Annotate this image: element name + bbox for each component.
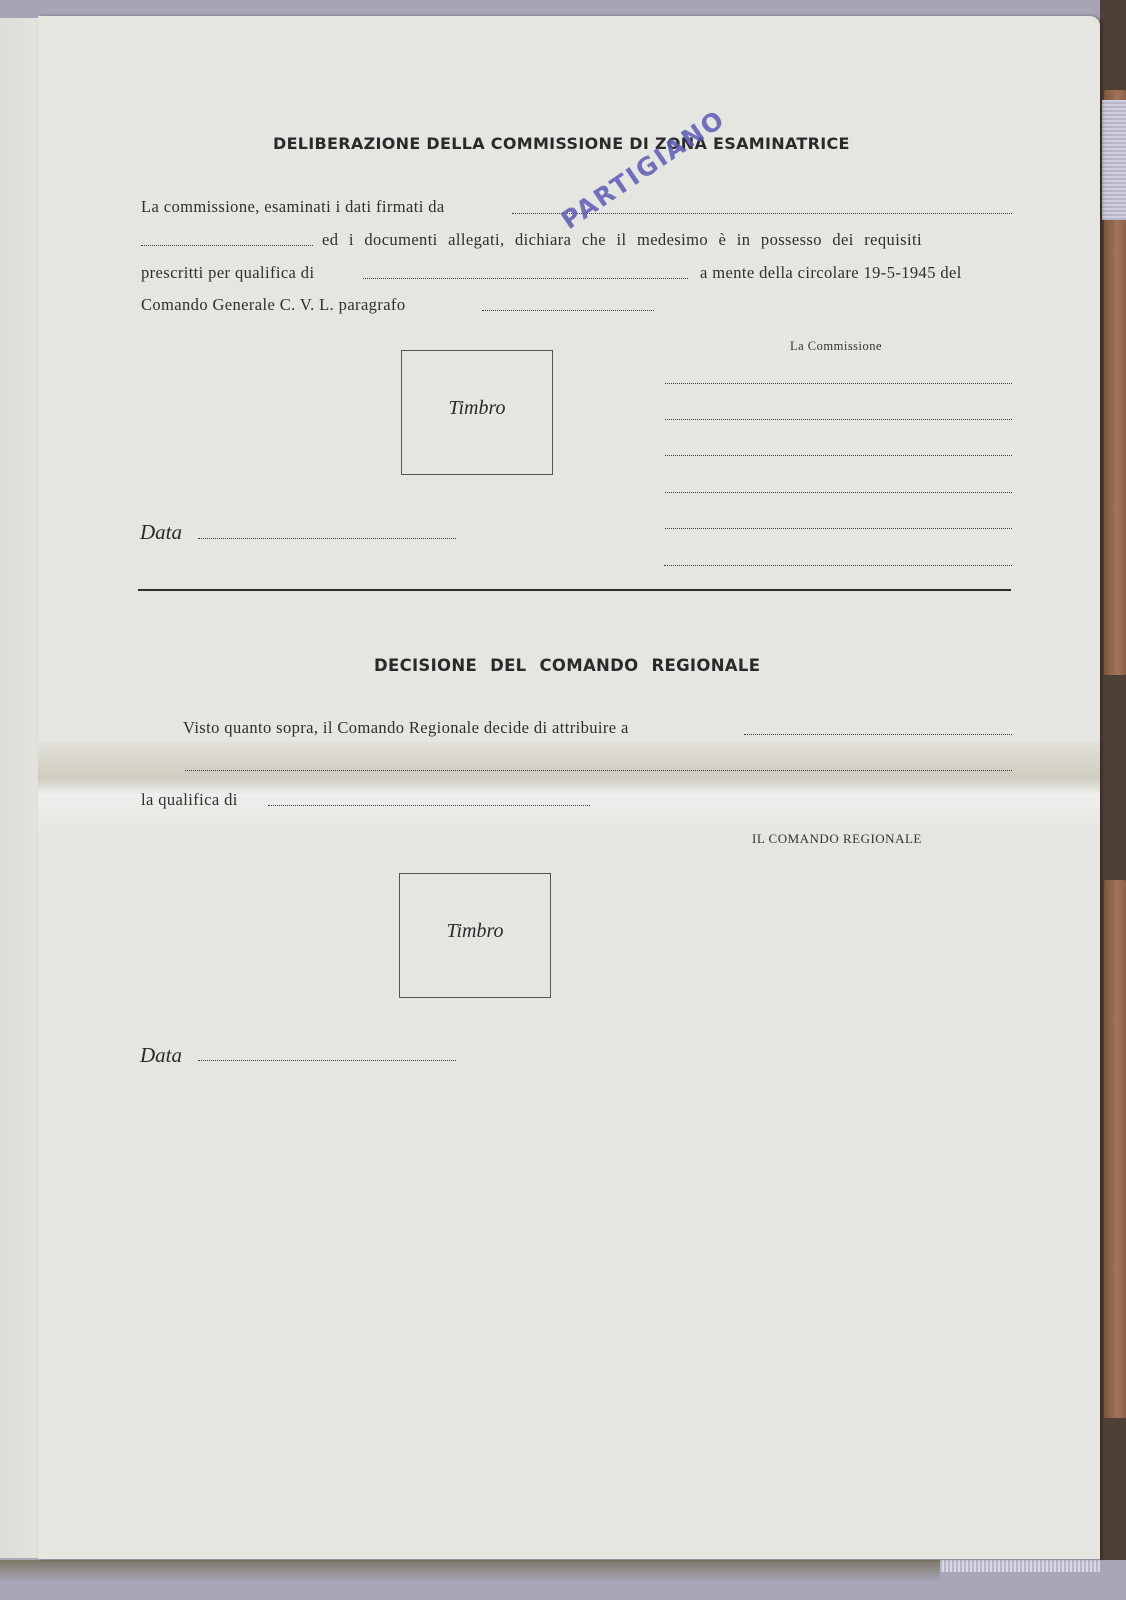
commission-date-field[interactable] <box>198 538 456 539</box>
commission-signature-label: La Commissione <box>790 339 882 354</box>
stamp-box-label: Timbro <box>402 397 552 420</box>
commission-signature-line-6[interactable] <box>664 565 1012 566</box>
commission-signature-line-2[interactable] <box>665 419 1012 420</box>
section-title-regional: DECISIONE DEL COMANDO REGIONALE <box>374 656 760 675</box>
commission-text-line2: ed i documenti allegati, dichiara che il… <box>322 230 922 250</box>
commission-signature-line-1[interactable] <box>665 383 1012 384</box>
regional-signature-label: IL COMANDO REGIONALE <box>752 831 922 847</box>
ribbon-marker <box>1102 100 1126 220</box>
commission-signature-line-5[interactable] <box>665 528 1012 529</box>
binder-segment <box>1104 978 1126 1418</box>
page-shadow <box>0 1560 940 1582</box>
stamp-box-label: Timbro <box>400 920 550 943</box>
section-title-commission: DELIBERAZIONE DELLA COMMISSIONE DI ZONA … <box>273 134 850 153</box>
stamp-box-regional: Timbro <box>399 873 551 998</box>
commission-text-line1: La commissione, esaminati i dati firmati… <box>141 197 445 217</box>
binder-segment <box>1104 880 1126 980</box>
field-recipient-cont[interactable] <box>185 770 1012 771</box>
binder-segment <box>1104 215 1126 675</box>
field-qualifica[interactable] <box>363 278 688 279</box>
field-paragrafo[interactable] <box>482 310 654 311</box>
commission-text-line3a: prescritti per qualifica di <box>141 263 314 283</box>
commission-signature-line-3[interactable] <box>665 455 1012 456</box>
field-recipient[interactable] <box>744 734 1012 735</box>
regional-text-line1: Visto quanto sopra, il Comando Regionale… <box>183 718 629 738</box>
field-signer-name-cont[interactable] <box>141 245 313 246</box>
field-regional-qualifica[interactable] <box>268 805 590 806</box>
regional-date-field[interactable] <box>198 1060 456 1061</box>
page-fold <box>38 742 1100 794</box>
commission-signature-line-4[interactable] <box>665 492 1012 493</box>
regional-date-label: Data <box>140 1043 182 1068</box>
section-divider <box>138 589 1011 591</box>
left-page-edge <box>0 18 41 1558</box>
regional-text-line3: la qualifica di <box>141 790 238 810</box>
commission-text-line3b: a mente della circolare 19-5-1945 del <box>700 263 962 283</box>
stamp-box-commission: Timbro <box>401 350 553 475</box>
ribbon-marker <box>940 1560 1100 1572</box>
commission-text-line4: Comando Generale C. V. L. paragrafo <box>141 295 405 315</box>
commission-date-label: Data <box>140 520 182 545</box>
